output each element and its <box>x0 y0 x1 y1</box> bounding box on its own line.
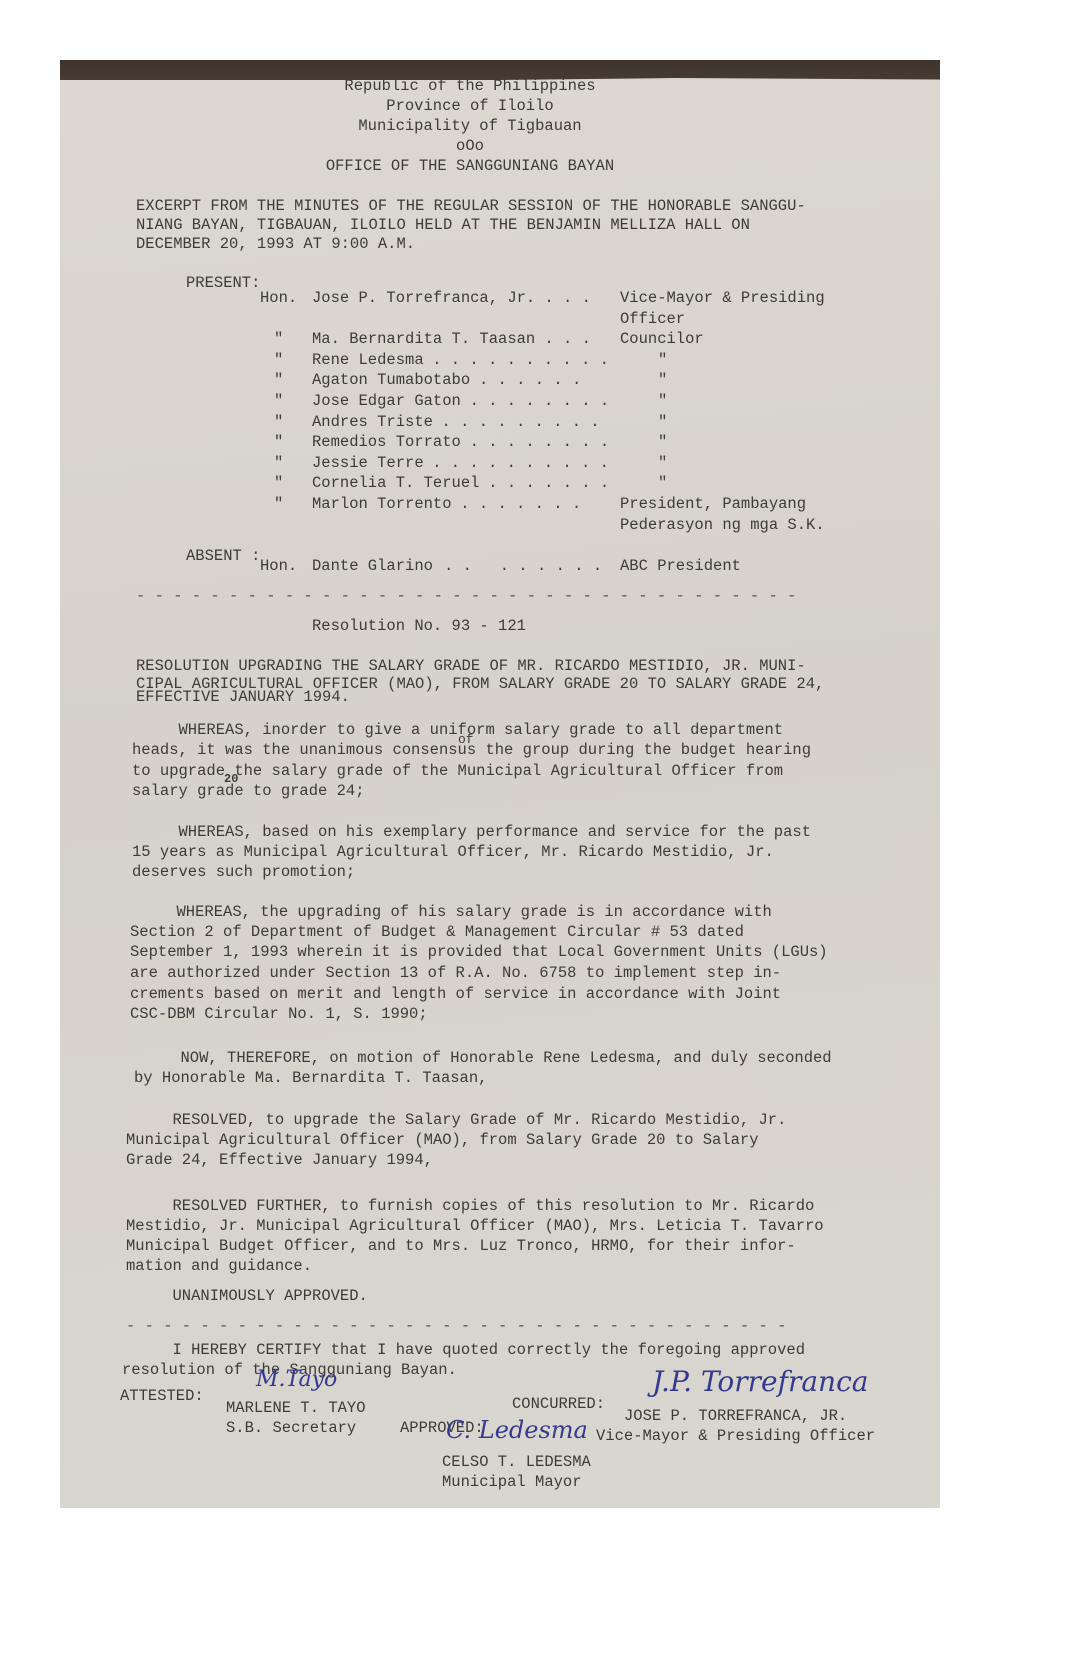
excerpt-line: EXCERPT FROM THE MINUTES OF THE REGULAR … <box>136 196 806 217</box>
member-leader: . . . . . . . . <box>470 432 610 453</box>
member-role: " <box>658 412 667 433</box>
absent-member-leader: . . . . . . . . <box>444 556 602 577</box>
header-line-republic: Republic of the Philippines <box>60 76 880 97</box>
header-line-municipality: Municipality of Tigbauan <box>60 116 880 137</box>
resolution-title-line: EFFECTIVE JANUARY 1994. <box>136 687 350 708</box>
resolved-further-line: Mestidio, Jr. Municipal Agricultural Off… <box>126 1216 824 1237</box>
member-name: Jessie Terre <box>312 453 424 474</box>
member-role: Councilor <box>620 329 704 350</box>
absent-member-role: ABC President <box>620 556 741 577</box>
concurred-label: CONCURRED: <box>512 1394 605 1415</box>
whereas-1-line: salary grade to grade 24; <box>132 781 365 802</box>
concurred-name: JOSE P. TORREFRANCA, JR. <box>624 1406 847 1427</box>
separator-line: - - - - - - - - - - - - - - - - - - - - … <box>136 586 796 607</box>
resolution-document: Republic of the Philippines Province of … <box>60 60 940 1508</box>
resolution-number: Resolution No. 93 - 121 <box>312 616 526 637</box>
resolved-further-line: mation and guidance. <box>126 1256 312 1277</box>
member-leader: . . . . . . . . . <box>442 412 600 433</box>
member-prefix: " <box>274 329 283 350</box>
member-role: Vice-Mayor & Presiding <box>620 288 825 309</box>
header-office: OFFICE OF THE SANGGUNIANG BAYAN <box>60 156 880 177</box>
document-photo: Republic of the Philippines Province of … <box>60 60 940 1508</box>
concurred-signature: J.P. Torrefranca <box>652 1372 868 1393</box>
attested-title: S.B. Secretary <box>226 1418 356 1439</box>
member-name: Jose Edgar Gaton <box>312 391 461 412</box>
approved-name: CELSO T. LEDESMA <box>442 1452 591 1473</box>
member-role-continued: Pederasyon ng mga S.K. <box>620 515 825 536</box>
member-prefix: " <box>274 453 283 474</box>
now-therefore-line: NOW, THEREFORE, on motion of Honorable R… <box>134 1048 832 1069</box>
member-prefix: " <box>274 473 283 494</box>
whereas-3-line: September 1, 1993 wherein it is provided… <box>130 942 828 963</box>
whereas-3-line: WHEREAS, the upgrading of his salary gra… <box>130 902 772 923</box>
whereas-2-line: deserves such promotion; <box>132 862 355 883</box>
member-name: Jose P. Torrefranca, Jr. <box>312 288 535 309</box>
approved-title: Municipal Mayor <box>442 1472 582 1493</box>
whereas-3-line: are authorized under Section 13 of R.A. … <box>130 963 781 984</box>
unanimously-approved: UNANIMOUSLY APPROVED. <box>126 1286 368 1307</box>
concurred-title: Vice-Mayor & Presiding Officer <box>596 1426 875 1447</box>
excerpt-line: DECEMBER 20, 1993 AT 9:00 A.M. <box>136 234 415 255</box>
approved-signature: C. Ledesma <box>446 1420 588 1441</box>
member-leader: . . . . . . . <box>488 473 609 494</box>
absent-label: ABSENT : <box>186 546 260 567</box>
member-role: " <box>658 432 667 453</box>
handwritten-insertion-of: of <box>458 730 474 751</box>
certify-line: I HEREBY CERTIFY that I have quoted corr… <box>126 1340 805 1361</box>
member-leader: . . . . . . <box>479 370 581 391</box>
member-role: " <box>658 350 667 371</box>
member-prefix: " <box>274 391 283 412</box>
member-leader: . . . . . . . . . . <box>432 350 609 371</box>
whereas-2-line: 15 years as Municipal Agricultural Offic… <box>132 842 774 863</box>
whereas-2-line: WHEREAS, based on his exemplary performa… <box>132 822 811 843</box>
member-leader: . . . <box>544 329 591 350</box>
member-prefix: " <box>274 350 283 371</box>
resolved-line: Municipal Agricultural Officer (MAO), fr… <box>126 1130 759 1151</box>
resolved-further-line: RESOLVED FURTHER, to furnish copies of t… <box>126 1196 814 1217</box>
member-prefix: " <box>274 432 283 453</box>
header-line-province: Province of Iloilo <box>60 96 880 117</box>
resolved-line: Grade 24, Effective January 1994, <box>126 1150 433 1171</box>
header-ornament: oOo <box>60 136 880 157</box>
attested-label: ATTESTED: <box>120 1386 204 1407</box>
now-therefore-line: by Honorable Ma. Bernardita T. Taasan, <box>134 1068 487 1089</box>
resolved-further-line: Municipal Budget Officer, and to Mrs. Lu… <box>126 1236 796 1257</box>
member-name: Ma. Bernardita T. Taasan <box>312 329 535 350</box>
member-name: Rene Ledesma <box>312 350 424 371</box>
whereas-3-line: crements based on merit and length of se… <box>130 984 781 1005</box>
whereas-3-line: Section 2 of Department of Budget & Mana… <box>130 922 744 943</box>
member-prefix: Hon. <box>260 288 297 309</box>
member-leader: . . . . . . . <box>460 494 581 515</box>
member-leader: . . . <box>544 288 591 309</box>
member-name: Andres Triste <box>312 412 433 433</box>
member-leader: . . . . . . . . <box>470 391 610 412</box>
handwritten-insertion-20: 20 <box>224 769 238 790</box>
member-prefix: " <box>274 412 283 433</box>
absent-member-prefix: Hon. <box>260 556 297 577</box>
absent-member-name: Dante Glarino <box>312 556 433 577</box>
attested-name: MARLENE T. TAYO <box>226 1398 366 1419</box>
attested-signature: M.Tayo <box>256 1370 337 1391</box>
member-role-continued: Officer <box>620 309 685 330</box>
present-label: PRESENT: <box>186 273 260 294</box>
whereas-3-line: CSC-DBM Circular No. 1, S. 1990; <box>130 1004 428 1025</box>
member-role: " <box>658 391 667 412</box>
member-leader: . . . . . . . . . . <box>432 453 609 474</box>
member-role: President, Pambayang <box>620 494 806 515</box>
member-role: " <box>658 453 667 474</box>
resolved-line: RESOLVED, to upgrade the Salary Grade of… <box>126 1110 786 1131</box>
member-role: " <box>658 370 667 391</box>
member-name: Remedios Torrato <box>312 432 461 453</box>
member-name: Agaton Tumabotabo <box>312 370 470 391</box>
member-name: Cornelia T. Teruel <box>312 473 479 494</box>
separator-line: - - - - - - - - - - - - - - - - - - - - … <box>126 1316 786 1337</box>
member-role: " <box>658 473 667 494</box>
member-prefix: " <box>274 370 283 391</box>
member-name: Marlon Torrento <box>312 494 452 515</box>
member-prefix: " <box>274 494 283 515</box>
excerpt-line: NIANG BAYAN, TIGBAUAN, ILOILO HELD AT TH… <box>136 215 750 236</box>
